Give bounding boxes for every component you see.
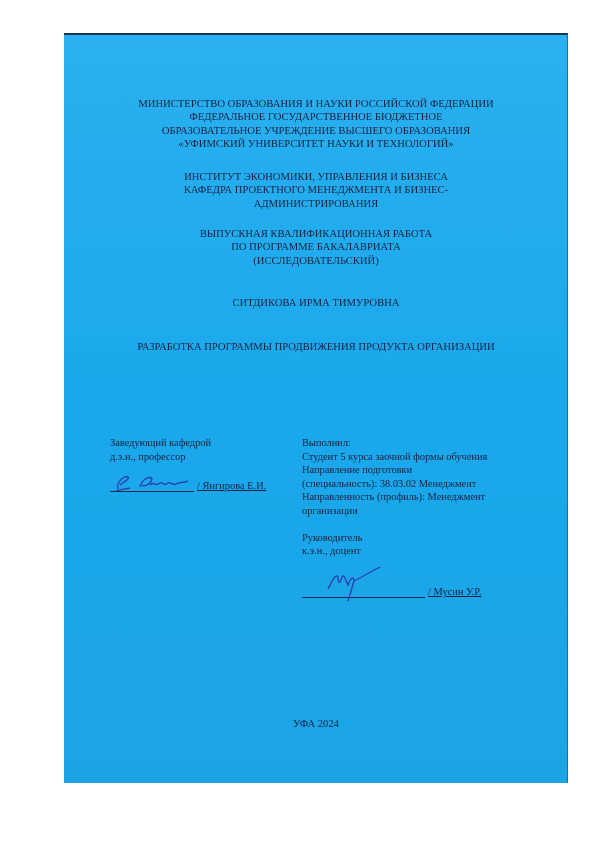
work-type-line: ПО ПРОГРАММЕ БАКАЛАВРИАТА [64,241,568,254]
university-name: «УФИМСКИЙ УНИВЕРСИТЕТ НАУКИ И ТЕХНОЛОГИЙ… [64,138,568,151]
thesis-title: РАЗРАБОТКА ПРОГРАММЫ ПРОДВИЖЕНИЯ ПРОДУКТ… [64,341,568,354]
performed-by-line: Направленность (профиль): Менеджмент [302,491,487,505]
supervisor-name: / Мусин У.Р. [428,587,481,598]
ministry-line: МИНИСТЕРСТВО ОБРАЗОВАНИЯ И НАУКИ РОССИЙС… [64,98,568,111]
signature-line [110,473,194,492]
supervisor-role: Руководитель [302,532,487,546]
performed-by-block: Выполнил: Студент 5 курса заочной формы … [302,437,487,559]
head-role: Заведующий кафедрой [110,437,211,451]
performed-by-line: Направление подготовки [302,464,487,478]
ministry-line: ФЕДЕРАЛЬНОЕ ГОСУДАРСТВЕННОЕ БЮДЖЕТНОЕ [64,111,568,124]
work-type-line: ВЫПУСКНАЯ КВАЛИФИКАЦИОННАЯ РАБОТА [64,228,568,241]
institute-line: ИНСТИТУТ ЭКОНОМИКИ, УПРАВЛЕНИЯ И БИЗНЕСА [64,171,568,184]
department-line: КАФЕДРА ПРОЕКТНОГО МЕНЕДЖМЕНТА И БИЗНЕС- [64,184,568,197]
work-type-line: (ИССЛЕДОВАТЕЛЬСКИЙ) [64,255,568,268]
supervisor-degree: к.э.н., доцент [302,545,487,559]
department-line: АДМИНИСТРИРОВАНИЯ [64,198,568,211]
thesis-title-text: РАЗРАБОТКА ПРОГРАММЫ ПРОДВИЖЕНИЯ ПРОДУКТ… [64,341,568,354]
work-type: ВЫПУСКНАЯ КВАЛИФИКАЦИОННАЯ РАБОТА ПО ПРО… [64,228,568,268]
ministry-line: ОБРАЗОВАТЕЛЬНОЕ УЧРЕЖДЕНИЕ ВЫСШЕГО ОБРАЗ… [64,125,568,138]
supervisor-signature-row: / Мусин У.Р. [302,579,481,598]
author-name-text: СИТДИКОВА ИРМА ТИМУРОВНА [64,297,568,310]
signature-line [302,579,425,598]
head-signature-row: / Янгирова Е.И. [110,473,266,492]
performed-by-line: Студент 5 курса заочной формы обучения [302,451,487,465]
ministry-header: МИНИСТЕРСТВО ОБРАЗОВАНИЯ И НАУКИ РОССИЙС… [64,98,568,152]
author-name: СИТДИКОВА ИРМА ТИМУРОВНА [64,297,568,310]
city-year: УФА 2024 [64,719,568,730]
head-name: / Янгирова Е.И. [197,481,266,492]
performed-by-line: организации [302,505,487,519]
handwritten-signature-icon [110,469,194,495]
performed-by-line: (специальность): 38.03.02 Менеджмент [302,478,487,492]
head-of-department-block: Заведующий кафедрой д.э.н., профессор [110,437,211,464]
head-degree: д.э.н., профессор [110,451,211,465]
title-page-sheet: МИНИСТЕРСТВО ОБРАЗОВАНИЯ И НАУКИ РОССИЙС… [64,33,568,783]
institute-header: ИНСТИТУТ ЭКОНОМИКИ, УПРАВЛЕНИЯ И БИЗНЕСА… [64,171,568,211]
performed-by-label: Выполнил: [302,437,487,451]
handwritten-signature-icon [302,567,425,601]
